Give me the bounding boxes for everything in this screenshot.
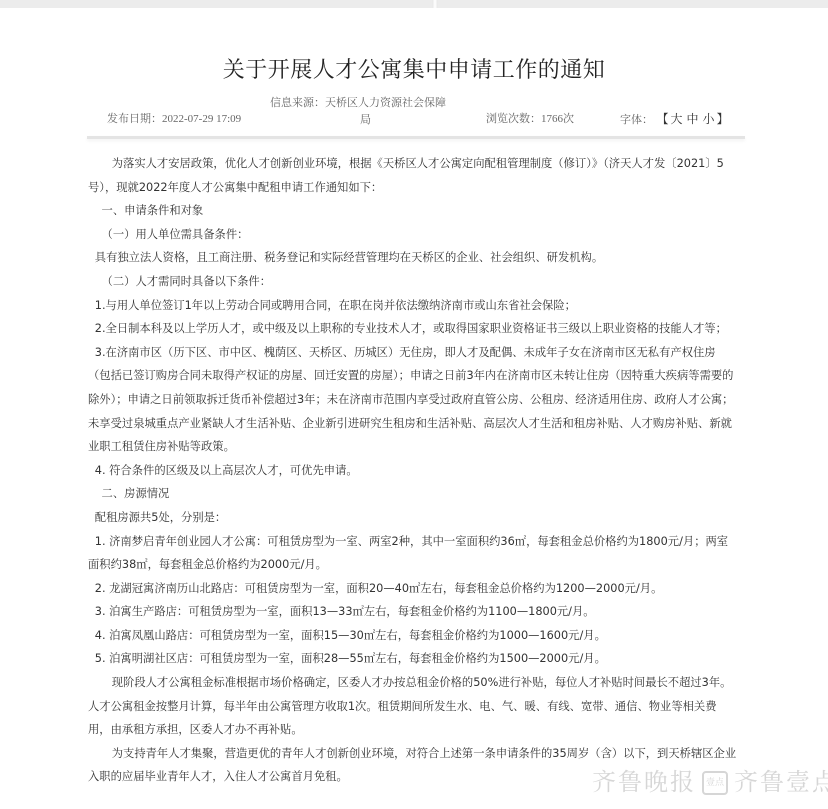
housing-item-1: 1. 济南梦启青年创业园人才公寓：可租赁房型为一室、两室2种，其中一室面积约36… — [88, 530, 738, 577]
talent-condition-3: 3.在济南市区（历下区、市中区、槐荫区、天桥区、历城区）无住房，即人才及配偶、未… — [88, 341, 738, 459]
publish-date: 发布日期：2022-07-29 17:09 — [107, 110, 241, 126]
section-heading-conditions: 一、申请条件和对象 — [88, 199, 738, 223]
housing-item-4: 4. 泊寓凤凰山路店：可租赁房型为一室，面积15—30㎡左右，每套租金价格约为1… — [88, 624, 738, 648]
article-meta: 发布日期：2022-07-29 17:09 信息来源：天桥区人力资源社会保障 局… — [0, 88, 828, 128]
info-source-value-line2: 局 — [270, 111, 470, 128]
publish-date-value: 2022-07-29 17:09 — [162, 113, 241, 125]
view-count-value: 1766次 — [541, 113, 574, 125]
subsection-employer-conditions: （一）用人单位需具备条件： — [88, 223, 738, 247]
top-bar — [0, 0, 828, 8]
view-count-label: 浏览次数： — [486, 112, 541, 125]
housing-item-3: 3. 泊寓生产路店：可租赁房型为一室，面积13—33㎡左右，每套租金价格约为11… — [88, 600, 738, 624]
publish-date-label: 发布日期： — [107, 112, 162, 125]
talent-condition-1: 1.与用人单位签订1年以上劳动合同或聘用合同，在职在岗并依法缴纳济南市或山东省社… — [88, 294, 738, 318]
page-title: 关于开展人才公寓集中申请工作的通知 — [0, 53, 828, 84]
info-source-value-line1: 天桥区人力资源社会保障 — [325, 96, 446, 109]
view-count: 浏览次数：1766次 — [486, 110, 574, 126]
article-body: 为落实人才安居政策，优化人才创新创业环境，根据《天桥区人才公寓定向配租管理制度（… — [88, 152, 738, 789]
housing-intro: 配租房源共5处，分别是： — [88, 506, 738, 530]
housing-item-5: 5. 泊寓明湖社区店：可租赁房型为一室，面积28—55㎡左右，每套租金价格约为1… — [88, 647, 738, 671]
watermark-logo-icon: 壹点 — [702, 771, 728, 795]
top-bar-notch — [432, 0, 438, 8]
intro-paragraph: 为落实人才安居政策，优化人才创新创业环境，根据《天桥区人才公寓定向配租管理制度（… — [88, 152, 738, 199]
info-source-label: 信息来源： — [270, 96, 325, 109]
talent-condition-2: 2.全日制本科及以上学历人才，或中级及以上职称的专业技术人才，或取得国家职业资格… — [88, 317, 738, 341]
font-size-bracket-close: 】 — [717, 112, 729, 126]
watermark-right-text: 齐鲁壹点 — [734, 768, 828, 796]
font-size-bracket-open: 【 — [657, 112, 669, 126]
info-source: 信息来源：天桥区人力资源社会保障 局 — [270, 94, 470, 128]
subsection-talent-conditions: （二）人才需同时具备以下条件： — [88, 270, 738, 294]
watermark-left-text: 齐鲁晚报 — [592, 768, 696, 796]
housing-item-2: 2. 龙湖冠寓济南历山北路店：可租赁房型为一室，面积20—40㎡左右，每套租金总… — [88, 577, 738, 601]
font-size-medium-button[interactable]: 中 — [687, 112, 699, 126]
watermark: 齐鲁晚报壹点齐鲁壹点 — [592, 762, 828, 802]
talent-condition-4: 4. 符合条件的区级及以上高层次人才，可优先申请。 — [88, 459, 738, 483]
font-size-label: 字体： — [620, 113, 653, 126]
section-heading-housing: 二、房源情况 — [88, 482, 738, 506]
employer-conditions-text: 具有独立法人资格，且工商注册、税务登记和实际经营管理均在天桥区的企业、社会组织、… — [88, 246, 738, 270]
font-size-large-button[interactable]: 大 — [671, 112, 683, 126]
font-size-control: 字体： 【大中小】 — [620, 110, 729, 127]
font-size-small-button[interactable]: 小 — [703, 112, 715, 126]
meta-divider — [87, 136, 745, 139]
rent-subsidy-paragraph: 现阶段人才公寓租金标准根据市场价格确定，区委人才办按总租金价格的50%进行补贴，… — [88, 671, 738, 742]
